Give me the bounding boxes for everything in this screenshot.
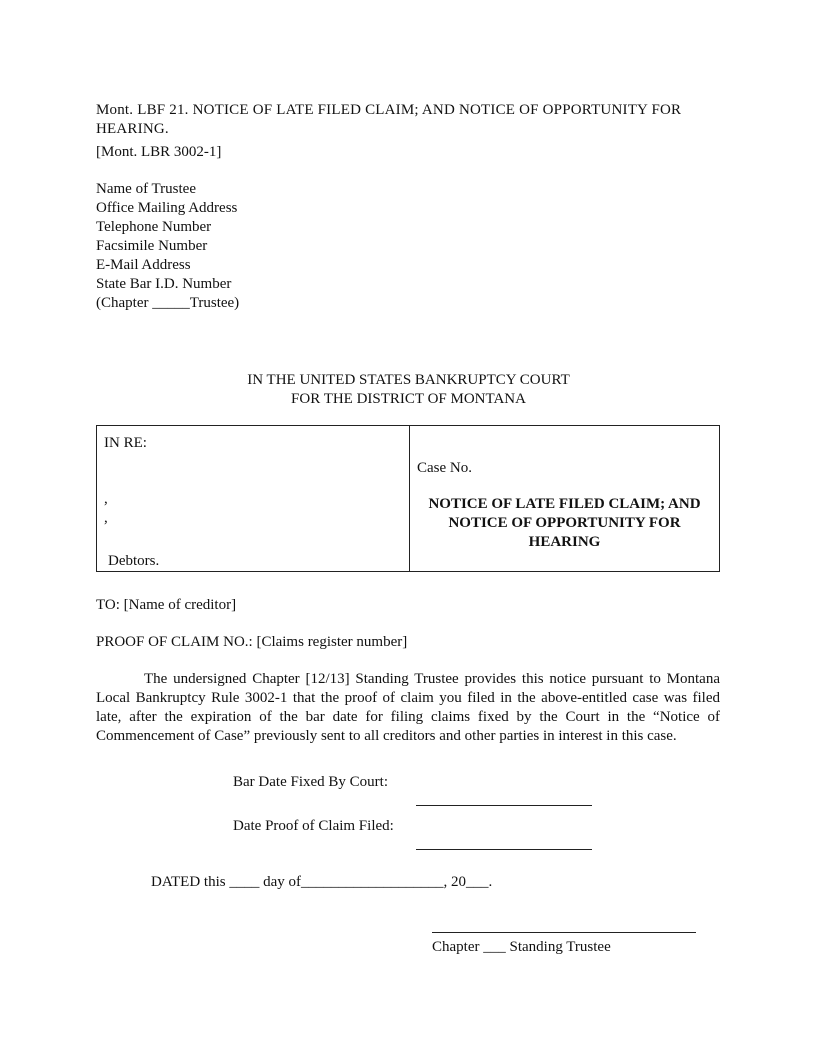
case-caption-box: IN RE: , , Debtors. Case No. NOTICE OF L… bbox=[96, 425, 720, 572]
trustee-name: Name of Trustee bbox=[96, 180, 239, 199]
proof-of-claim-line: PROOF OF CLAIM NO.: [Claims register num… bbox=[96, 633, 407, 652]
trustee-email: E-Mail Address bbox=[96, 256, 239, 275]
rule-reference: [Mont. LBR 3002-1] bbox=[96, 143, 221, 162]
in-re-label: IN RE: bbox=[104, 434, 147, 453]
trustee-bar-id: State Bar I.D. Number bbox=[96, 275, 239, 294]
case-number-label: Case No. bbox=[417, 459, 472, 478]
caption-left-cell: IN RE: , , Debtors. bbox=[97, 426, 410, 571]
caption-right-cell: Case No. NOTICE OF LATE FILED CLAIM; AND… bbox=[410, 426, 719, 571]
trustee-chapter: (Chapter _____Trustee) bbox=[96, 294, 239, 313]
court-line-2: FOR THE DISTRICT OF MONTANA bbox=[96, 390, 721, 409]
claim-filed-date-field[interactable] bbox=[416, 849, 592, 850]
signature-line[interactable] bbox=[432, 932, 696, 933]
bar-date-label: Bar Date Fixed By Court: bbox=[233, 773, 388, 792]
claim-filed-date-label: Date Proof of Claim Filed: bbox=[233, 817, 394, 836]
court-heading: IN THE UNITED STATES BANKRUPTCY COURT FO… bbox=[96, 371, 721, 409]
to-creditor-line: TO: [Name of creditor] bbox=[96, 596, 236, 615]
caption-document-title: NOTICE OF LATE FILED CLAIM; AND NOTICE O… bbox=[410, 495, 719, 552]
form-title: Mont. LBF 21. NOTICE OF LATE FILED CLAIM… bbox=[96, 101, 726, 139]
bar-date-field[interactable] bbox=[416, 805, 592, 806]
trustee-facsimile: Facsimile Number bbox=[96, 237, 239, 256]
debtors-label: Debtors. bbox=[108, 552, 159, 571]
signature-caption: Chapter ___ Standing Trustee bbox=[432, 938, 611, 957]
body-paragraph: The undersigned Chapter [12/13] Standing… bbox=[96, 670, 720, 746]
trustee-address: Office Mailing Address bbox=[96, 199, 239, 218]
debtor-line-2: , bbox=[104, 509, 108, 528]
trustee-info-block: Name of Trustee Office Mailing Address T… bbox=[96, 180, 239, 313]
dated-line: DATED this ____ day of__________________… bbox=[151, 873, 492, 892]
trustee-telephone: Telephone Number bbox=[96, 218, 239, 237]
debtor-line-1: , bbox=[104, 490, 108, 509]
court-line-1: IN THE UNITED STATES BANKRUPTCY COURT bbox=[96, 371, 721, 390]
